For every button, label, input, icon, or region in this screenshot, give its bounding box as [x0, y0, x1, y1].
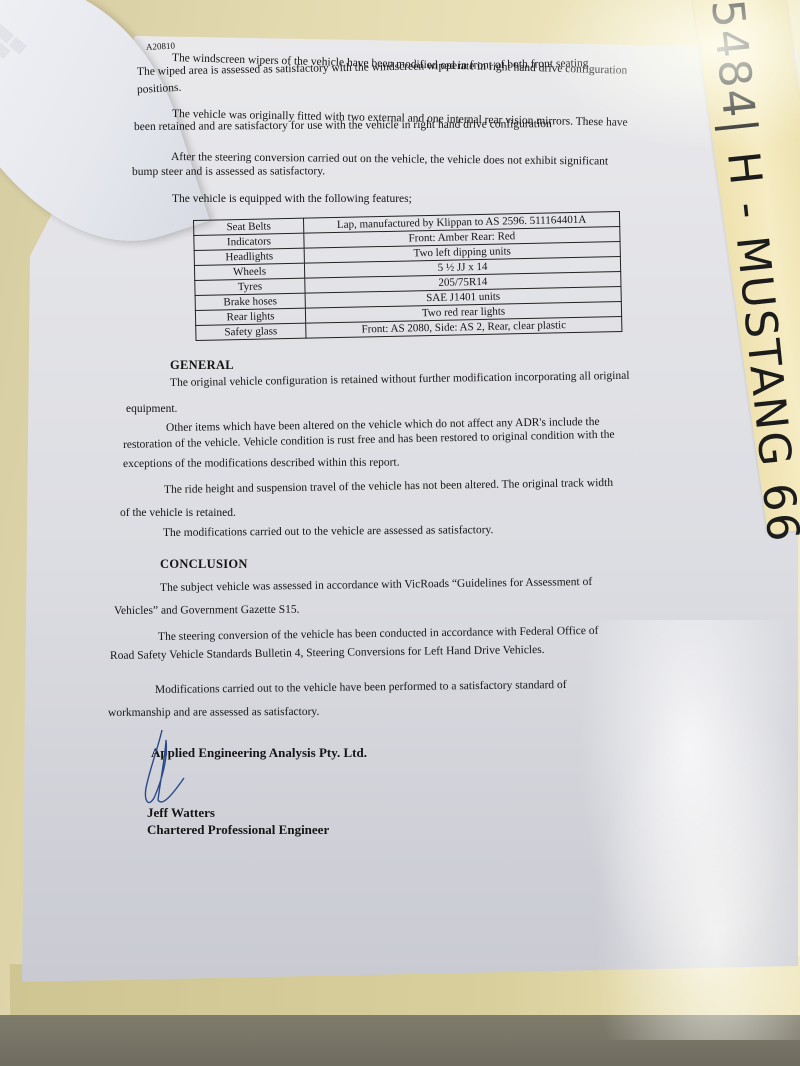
paragraph-line: The ride height and suspension travel of… — [164, 477, 613, 496]
paragraph-line: exceptions of the modifications describe… — [123, 457, 400, 470]
report-content: A20810 The windscreen wipers of the vehi… — [0, 0, 800, 1066]
engineer-title: Chartered Professional Engineer — [147, 822, 329, 838]
paragraph-line: The vehicle is equipped with the followi… — [172, 193, 412, 205]
paragraph-line: Vehicles” and Government Gazette S15. — [114, 604, 300, 617]
feature-name: Safety glass — [196, 323, 306, 340]
paragraph-line: workmanship and are assessed as satisfac… — [108, 706, 319, 719]
features-table: Seat BeltsLap, manufactured by Klippan t… — [193, 211, 622, 341]
paragraph-line: The subject vehicle was assessed in acco… — [160, 576, 592, 594]
paragraph-line: The original vehicle configuration is re… — [170, 370, 630, 389]
document-reference: A20810 — [146, 40, 175, 52]
paragraph-line: been retained and are satisfactory for u… — [134, 118, 552, 133]
paragraph-line: equipment. — [126, 403, 177, 415]
paragraph-line: of the vehicle is retained. — [120, 507, 236, 519]
paragraph-line: Road Safety Vehicle Standards Bulletin 4… — [110, 644, 545, 662]
engineer-name: Jeff Watters — [147, 805, 215, 821]
paragraph-line: positions. — [137, 82, 182, 96]
paragraph-line: bump steer and is assessed as satisfacto… — [132, 165, 325, 178]
paragraph-line: The modifications carried out to the veh… — [163, 524, 493, 539]
paragraph-line: Modifications carried out to the vehicle… — [155, 679, 567, 696]
paragraph-line: The steering conversion of the vehicle h… — [158, 625, 599, 643]
section-heading-general: GENERAL — [170, 358, 234, 373]
section-heading-conclusion: CONCLUSION — [160, 557, 248, 572]
